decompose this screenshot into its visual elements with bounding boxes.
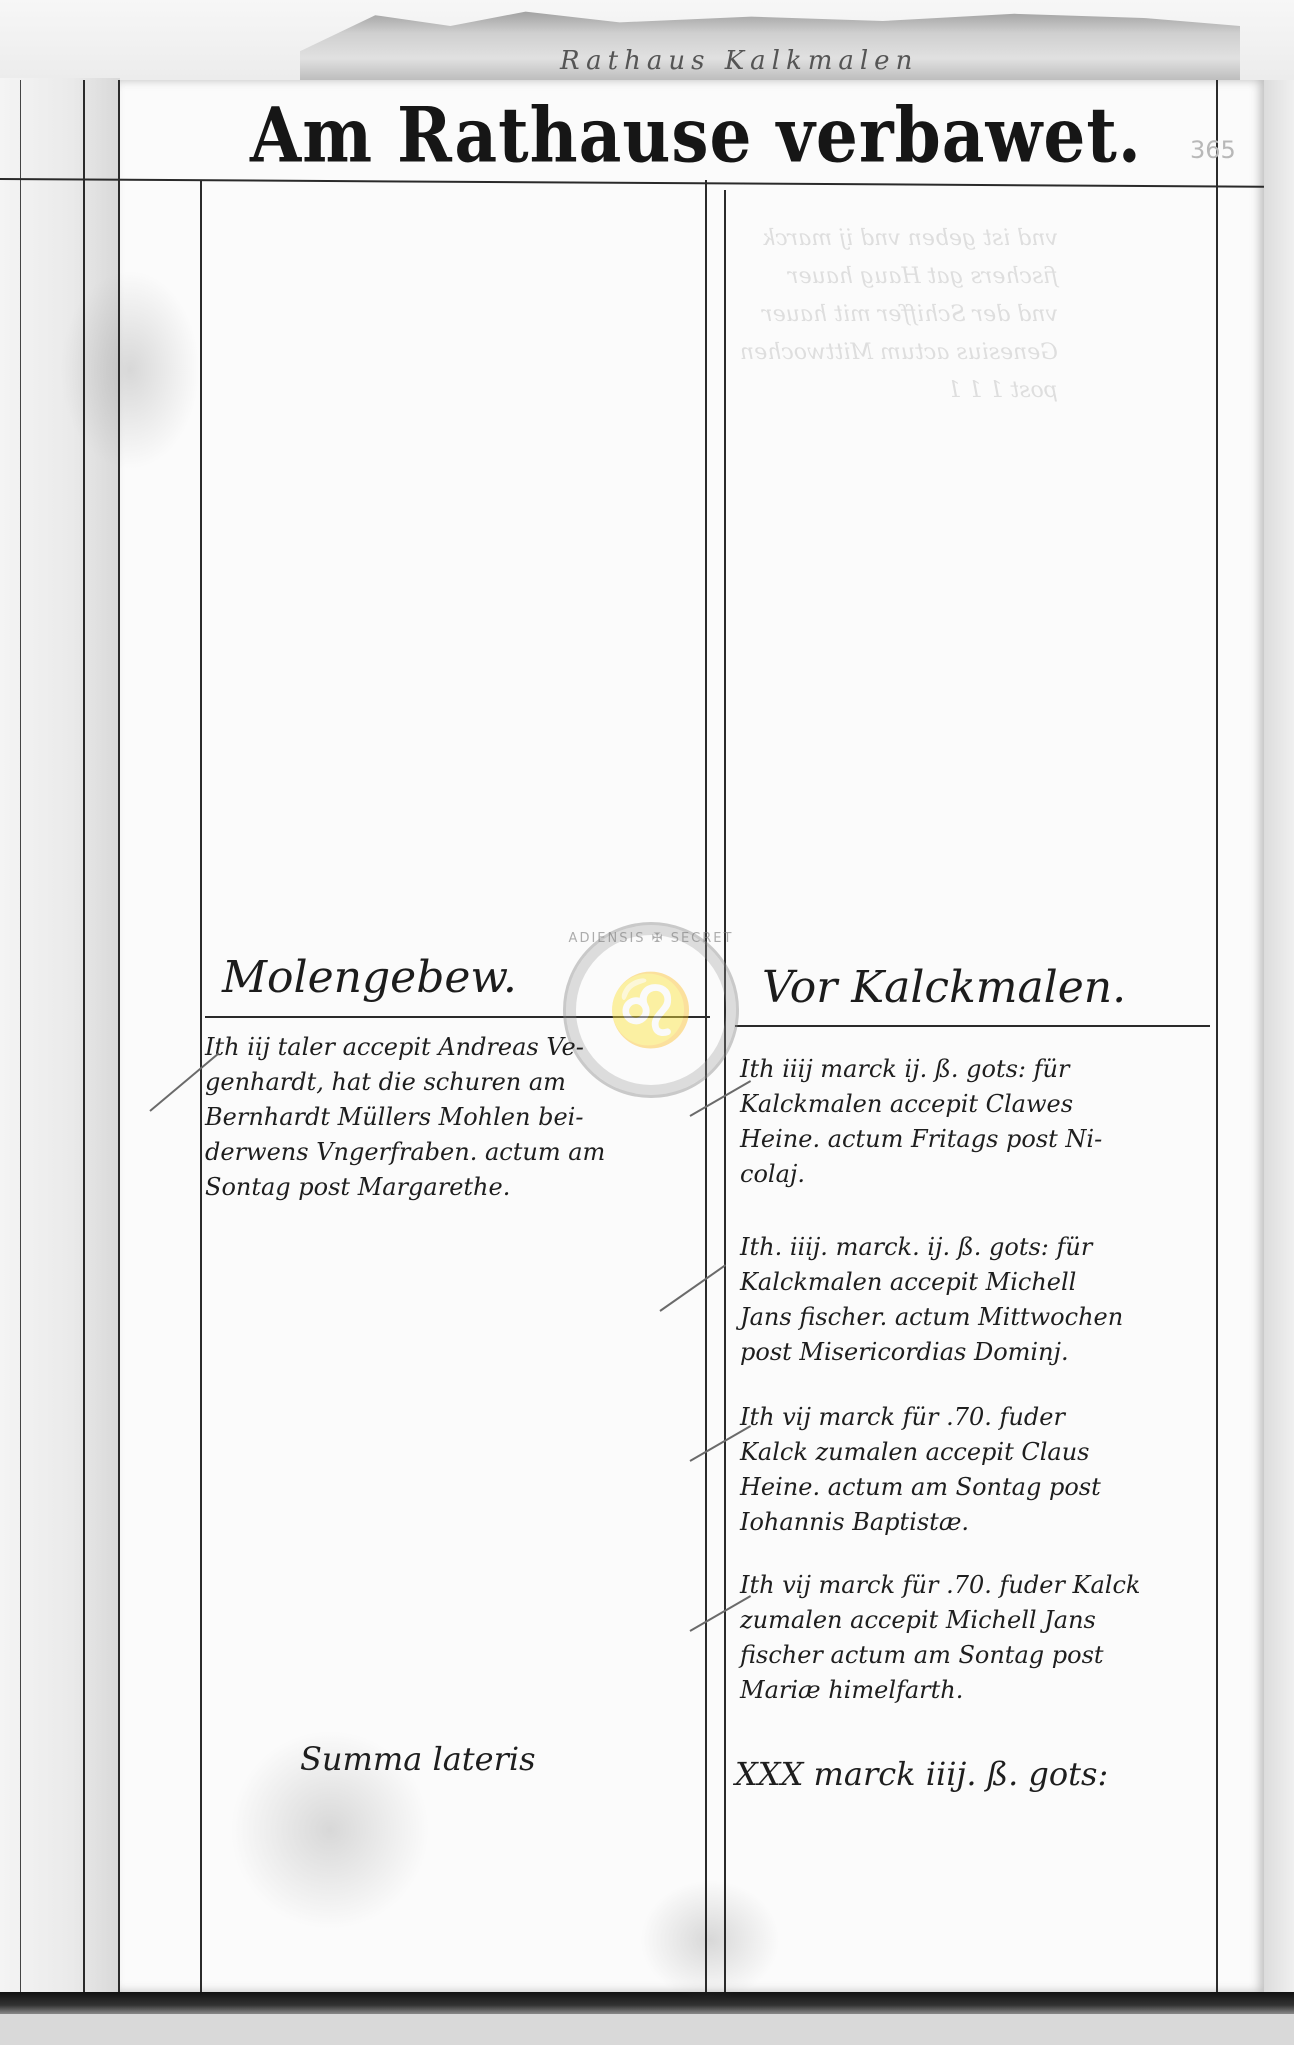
- right-column-heading: Vor Kalckmalen.: [762, 962, 1126, 1013]
- stamp-text: ADIENSIS ✠ SECRET: [566, 931, 736, 946]
- ledger-entry: Ith iij taler accepit Andreas Ve- genhar…: [205, 1030, 605, 1205]
- entry-line: Ith vij marck für .70. fuder: [740, 1400, 1101, 1435]
- entry-line: post Misericordias Dominj.: [740, 1335, 1123, 1370]
- entry-line: Ith iiij marck ij. ß. gots: für: [740, 1052, 1102, 1087]
- water-stain: [60, 270, 200, 470]
- ledger-entry: Ith iiij marck ij. ß. gots: für Kalckmal…: [740, 1052, 1102, 1192]
- page-bottom-shadow: [0, 1992, 1294, 2014]
- bleed-line: post 1 1 1: [740, 372, 1058, 410]
- ledger-entry: Ith vij marck für .70. fuder Kalck zumal…: [740, 1568, 1140, 1708]
- scan-background: [0, 2014, 1294, 2045]
- entry-line: derwens Vngerfraben. actum am: [205, 1135, 605, 1170]
- column-heading-rule-right: [735, 1025, 1210, 1027]
- bleed-through-text: vnd ist geben vnd ij marck fischers gat …: [740, 220, 1058, 410]
- summa-lateris-label: Summa lateris: [300, 1740, 536, 1778]
- entry-line: Iohannis Baptistæ.: [740, 1505, 1101, 1540]
- page-title: Am Rathause verbawet.: [250, 90, 1142, 180]
- ruled-line-vertical: [83, 80, 85, 1992]
- entry-line: Heine. actum Fritags post Ni-: [740, 1122, 1102, 1157]
- bleed-line: vnd der Schiffer mit hauer: [740, 296, 1058, 334]
- entry-line: Mariæ himelfarth.: [740, 1673, 1140, 1708]
- entry-line: Ith. iiij. marck. ij. ß. gots: für: [740, 1230, 1123, 1265]
- water-stain: [640, 1880, 780, 2000]
- entry-line: Jans fischer. actum Mittwochen: [740, 1300, 1123, 1335]
- entry-line: colaj.: [740, 1157, 1102, 1192]
- ruled-line-vertical: [118, 80, 120, 1992]
- ledger-entry: Ith. iiij. marck. ij. ß. gots: für Kalck…: [740, 1230, 1123, 1370]
- bleed-line: fischers gat Haug hauer: [740, 258, 1058, 296]
- ruled-line-vertical: [20, 80, 21, 1992]
- entry-line: fischer actum am Sontag post: [740, 1638, 1140, 1673]
- bleed-line: vnd ist geben vnd ij marck: [740, 220, 1058, 258]
- entry-line: Bernhardt Müllers Mohlen bei-: [205, 1100, 605, 1135]
- folio-number: 365: [1190, 136, 1236, 164]
- bleed-line: Genesius actum Mittwochen: [740, 334, 1058, 372]
- left-column-heading: Molengebew.: [222, 952, 517, 1003]
- entry-line: genhardt, hat die schuren am: [205, 1065, 605, 1100]
- entry-line: Ith iij taler accepit Andreas Ve-: [205, 1030, 605, 1065]
- ruled-line-vertical: [724, 190, 726, 1992]
- ledger-entry: Ith vij marck für .70. fuder Kalck zumal…: [740, 1400, 1101, 1540]
- lion-icon: ♌: [601, 965, 701, 1055]
- torn-strip-text: Rathaus Kalkmalen: [560, 46, 918, 76]
- entry-line: Kalck zumalen accepit Claus: [740, 1435, 1101, 1470]
- entry-line: Heine. actum am Sontag post: [740, 1470, 1101, 1505]
- ruled-line-vertical: [1216, 80, 1218, 1992]
- entry-line: Kalckmalen accepit Clawes: [740, 1087, 1102, 1122]
- ruled-line-vertical: [705, 180, 707, 1992]
- entry-line: Sontag post Margarethe.: [205, 1170, 605, 1205]
- ruled-line-vertical: [200, 180, 202, 1992]
- entry-line: Ith vij marck für .70. fuder Kalck: [740, 1568, 1140, 1603]
- entry-line: Kalckmalen accepit Michell: [740, 1265, 1123, 1300]
- entry-line: zumalen accepit Michell Jans: [740, 1603, 1140, 1638]
- summa-lateris-value: XXX marck iiij. ß. gots:: [735, 1755, 1108, 1793]
- page-right-edge: [1264, 80, 1294, 1992]
